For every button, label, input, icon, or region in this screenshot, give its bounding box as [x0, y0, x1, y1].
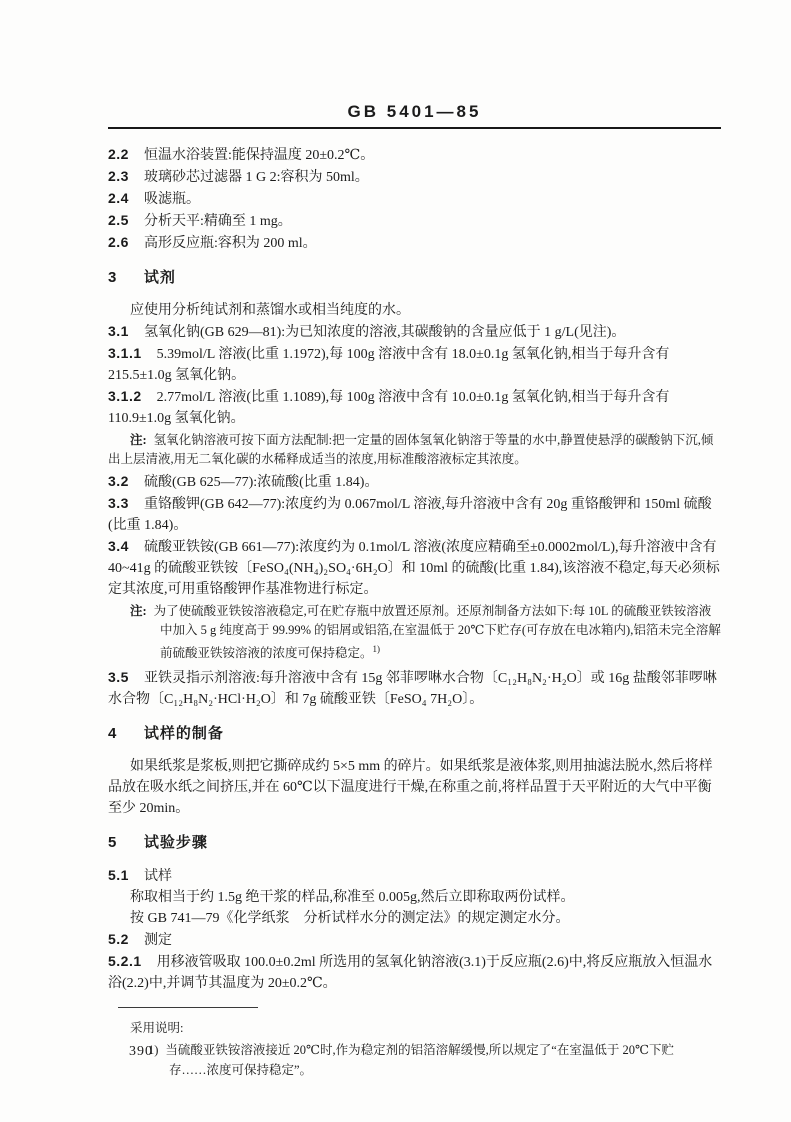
section-3-heading: 3试剂	[108, 267, 721, 289]
clause-number: 3.4	[108, 538, 129, 554]
clause-text: 分析天平:精确至 1 mg。	[144, 214, 292, 229]
clause-number: 3.5	[108, 669, 129, 685]
note-naoh: 注:氢氧化钠溶液可按下面方法配制:把一定量的固体氢氧化钠溶于等量的水中,静置使悬…	[108, 431, 721, 468]
clause-number: 3.1.2	[108, 388, 142, 404]
clause-text: 2.77mol/L 溶液(比重 1.1089),每 100g 溶液中含有 10.…	[108, 390, 669, 426]
clause-2-6: 2.6高形反应瓶:容积为 200 ml。	[108, 232, 721, 254]
section-3-intro: 应使用分析纯试剂和蒸馏水或相当纯度的水。	[108, 300, 721, 321]
note-ferrous: 注:为了使硫酸亚铁铵溶液稳定,可在贮存瓶中放置还原剂。还原剂制备方法如下:每 1…	[108, 602, 721, 663]
section-title: 试剂	[144, 270, 176, 286]
section-number: 5	[108, 834, 117, 851]
clause-number: 2.3	[108, 168, 129, 184]
note-label: 注:	[130, 433, 147, 447]
clause-text: 氢氧化钠(GB 629—81):为已知浓度的溶液,其碳酸钠的含量应低于 1 g/…	[144, 325, 625, 340]
footnote-heading: 采用说明:	[130, 1019, 721, 1037]
note-text: 为了使硫酸亚铁铵溶液稳定,可在贮存瓶中放置还原剂。还原剂制备方法如下:每 10L…	[154, 604, 721, 660]
section-number: 3	[108, 269, 117, 286]
clause-5-2-1: 5.2.1用移液管吸取 100.0±0.2ml 所选用的氢氧化钠溶液(3.1)于…	[108, 951, 721, 994]
note-label: 注:	[130, 604, 147, 618]
clause-3-1-2: 3.1.22.77mol/L 溶液(比重 1.1089),每 100g 溶液中含…	[108, 386, 721, 429]
section-title: 试样的制备	[144, 726, 224, 742]
page-content: GB 5401—85 2.2恒温水浴装置:能保持温度 20±0.2℃。 2.3玻…	[108, 102, 721, 1080]
clause-3-4: 3.4硫酸亚铁铵(GB 661—77):浓度约为 0.1mol/L 溶液(浓度应…	[108, 536, 721, 600]
clause-number: 3.3	[108, 495, 129, 511]
clause-number: 3.1.1	[108, 345, 142, 361]
clause-number: 3.1	[108, 323, 129, 339]
clause-number: 5.2.1	[108, 953, 142, 969]
clause-2-5: 2.5分析天平:精确至 1 mg。	[108, 210, 721, 232]
clause-5-2: 5.2测定	[108, 929, 721, 951]
clause-number: 5.2	[108, 931, 129, 947]
clause-3-5: 3.5亚铁灵指示剂溶液:每升溶液中含有 15g 邻菲啰啉水合物〔C₁₂H₈N₂·…	[108, 667, 721, 710]
clause-number: 2.4	[108, 190, 129, 206]
section-title: 试验步骤	[144, 835, 208, 851]
clause-text: 玻璃砂芯过滤器 1 G 2:容积为 50ml。	[144, 170, 369, 185]
clause-text: 重铬酸钾(GB 642—77):浓度约为 0.067mol/L 溶液,每升溶液中…	[108, 497, 712, 533]
clause-3-3: 3.3重铬酸钾(GB 642—77):浓度约为 0.067mol/L 溶液,每升…	[108, 493, 721, 536]
clause-number: 2.2	[108, 146, 129, 162]
section-number: 4	[108, 725, 117, 742]
document-page: GB 5401—85 2.2恒温水浴装置:能保持温度 20±0.2℃。 2.3玻…	[0, 0, 791, 1122]
clause-text: 高形反应瓶:容积为 200 ml。	[144, 236, 317, 251]
clause-number: 2.5	[108, 212, 129, 228]
clause-text: 硫酸(GB 625—77):浓硫酸(比重 1.84)。	[144, 475, 379, 490]
footnote-ref: 1)	[373, 644, 381, 654]
clause-text: 用移液管吸取 100.0±0.2ml 所选用的氢氧化钠溶液(3.1)于反应瓶(2…	[108, 955, 712, 991]
header-rule	[108, 127, 721, 129]
clause-text: 恒温水浴装置:能保持温度 20±0.2℃。	[144, 148, 374, 163]
footnote-item: 1)当硫酸亚铁铵溶液接近 20℃时,作为稳定剂的铝箔溶解缓慢,所以规定了“在室温…	[148, 1040, 708, 1080]
page-number: 390	[129, 1044, 153, 1060]
clause-number: 3.2	[108, 473, 129, 489]
clause-text: 硫酸亚铁铵(GB 661—77):浓度约为 0.1mol/L 溶液(浓度应精确至…	[108, 540, 720, 597]
standard-number: GB 5401—85	[108, 102, 721, 122]
paragraph-5-1-b: 按 GB 741—79《化学纸浆 分析试样水分的测定法》的规定测定水分。	[108, 908, 721, 929]
section-4-heading: 4试样的制备	[108, 723, 721, 745]
clause-number: 2.6	[108, 234, 129, 250]
clause-2-4: 2.4吸滤瓶。	[108, 188, 721, 210]
clause-2-3: 2.3玻璃砂芯过滤器 1 G 2:容积为 50ml。	[108, 166, 721, 188]
clause-text: 吸滤瓶。	[144, 192, 200, 207]
footnote-text: 当硫酸亚铁铵溶液接近 20℃时,作为稳定剂的铝箔溶解缓慢,所以规定了“在室温低于…	[165, 1043, 674, 1077]
clause-5-1: 5.1试样	[108, 865, 721, 887]
clause-text: 5.39mol/L 溶液(比重 1.1972),每 100g 溶液中含有 18.…	[108, 347, 669, 383]
paragraph-5-1-a: 称取相当于约 1.5g 绝干浆的样品,称准至 0.005g,然后立即称取两份试样…	[108, 887, 721, 908]
clause-3-2: 3.2硫酸(GB 625—77):浓硫酸(比重 1.84)。	[108, 471, 721, 493]
clause-text: 试样	[144, 869, 172, 884]
clause-3-1: 3.1氢氧化钠(GB 629—81):为已知浓度的溶液,其碳酸钠的含量应低于 1…	[108, 321, 721, 343]
footnote-separator	[118, 1007, 258, 1008]
clause-2-2: 2.2恒温水浴装置:能保持温度 20±0.2℃。	[108, 144, 721, 166]
clause-3-1-1: 3.1.15.39mol/L 溶液(比重 1.1972),每 100g 溶液中含…	[108, 343, 721, 386]
clause-number: 5.1	[108, 867, 129, 883]
section-4-body: 如果纸浆是浆板,则把它撕碎成约 5×5 mm 的碎片。如果纸浆是液体浆,则用抽滤…	[108, 756, 721, 819]
clause-text: 测定	[144, 933, 172, 948]
section-5-heading: 5试验步骤	[108, 832, 721, 854]
note-text: 氢氧化钠溶液可按下面方法配制:把一定量的固体氢氧化钠溶于等量的水中,静置使悬浮的…	[108, 433, 713, 466]
clause-text: 亚铁灵指示剂溶液:每升溶液中含有 15g 邻菲啰啉水合物〔C₁₂H₈N₂·H₂O…	[108, 671, 717, 707]
